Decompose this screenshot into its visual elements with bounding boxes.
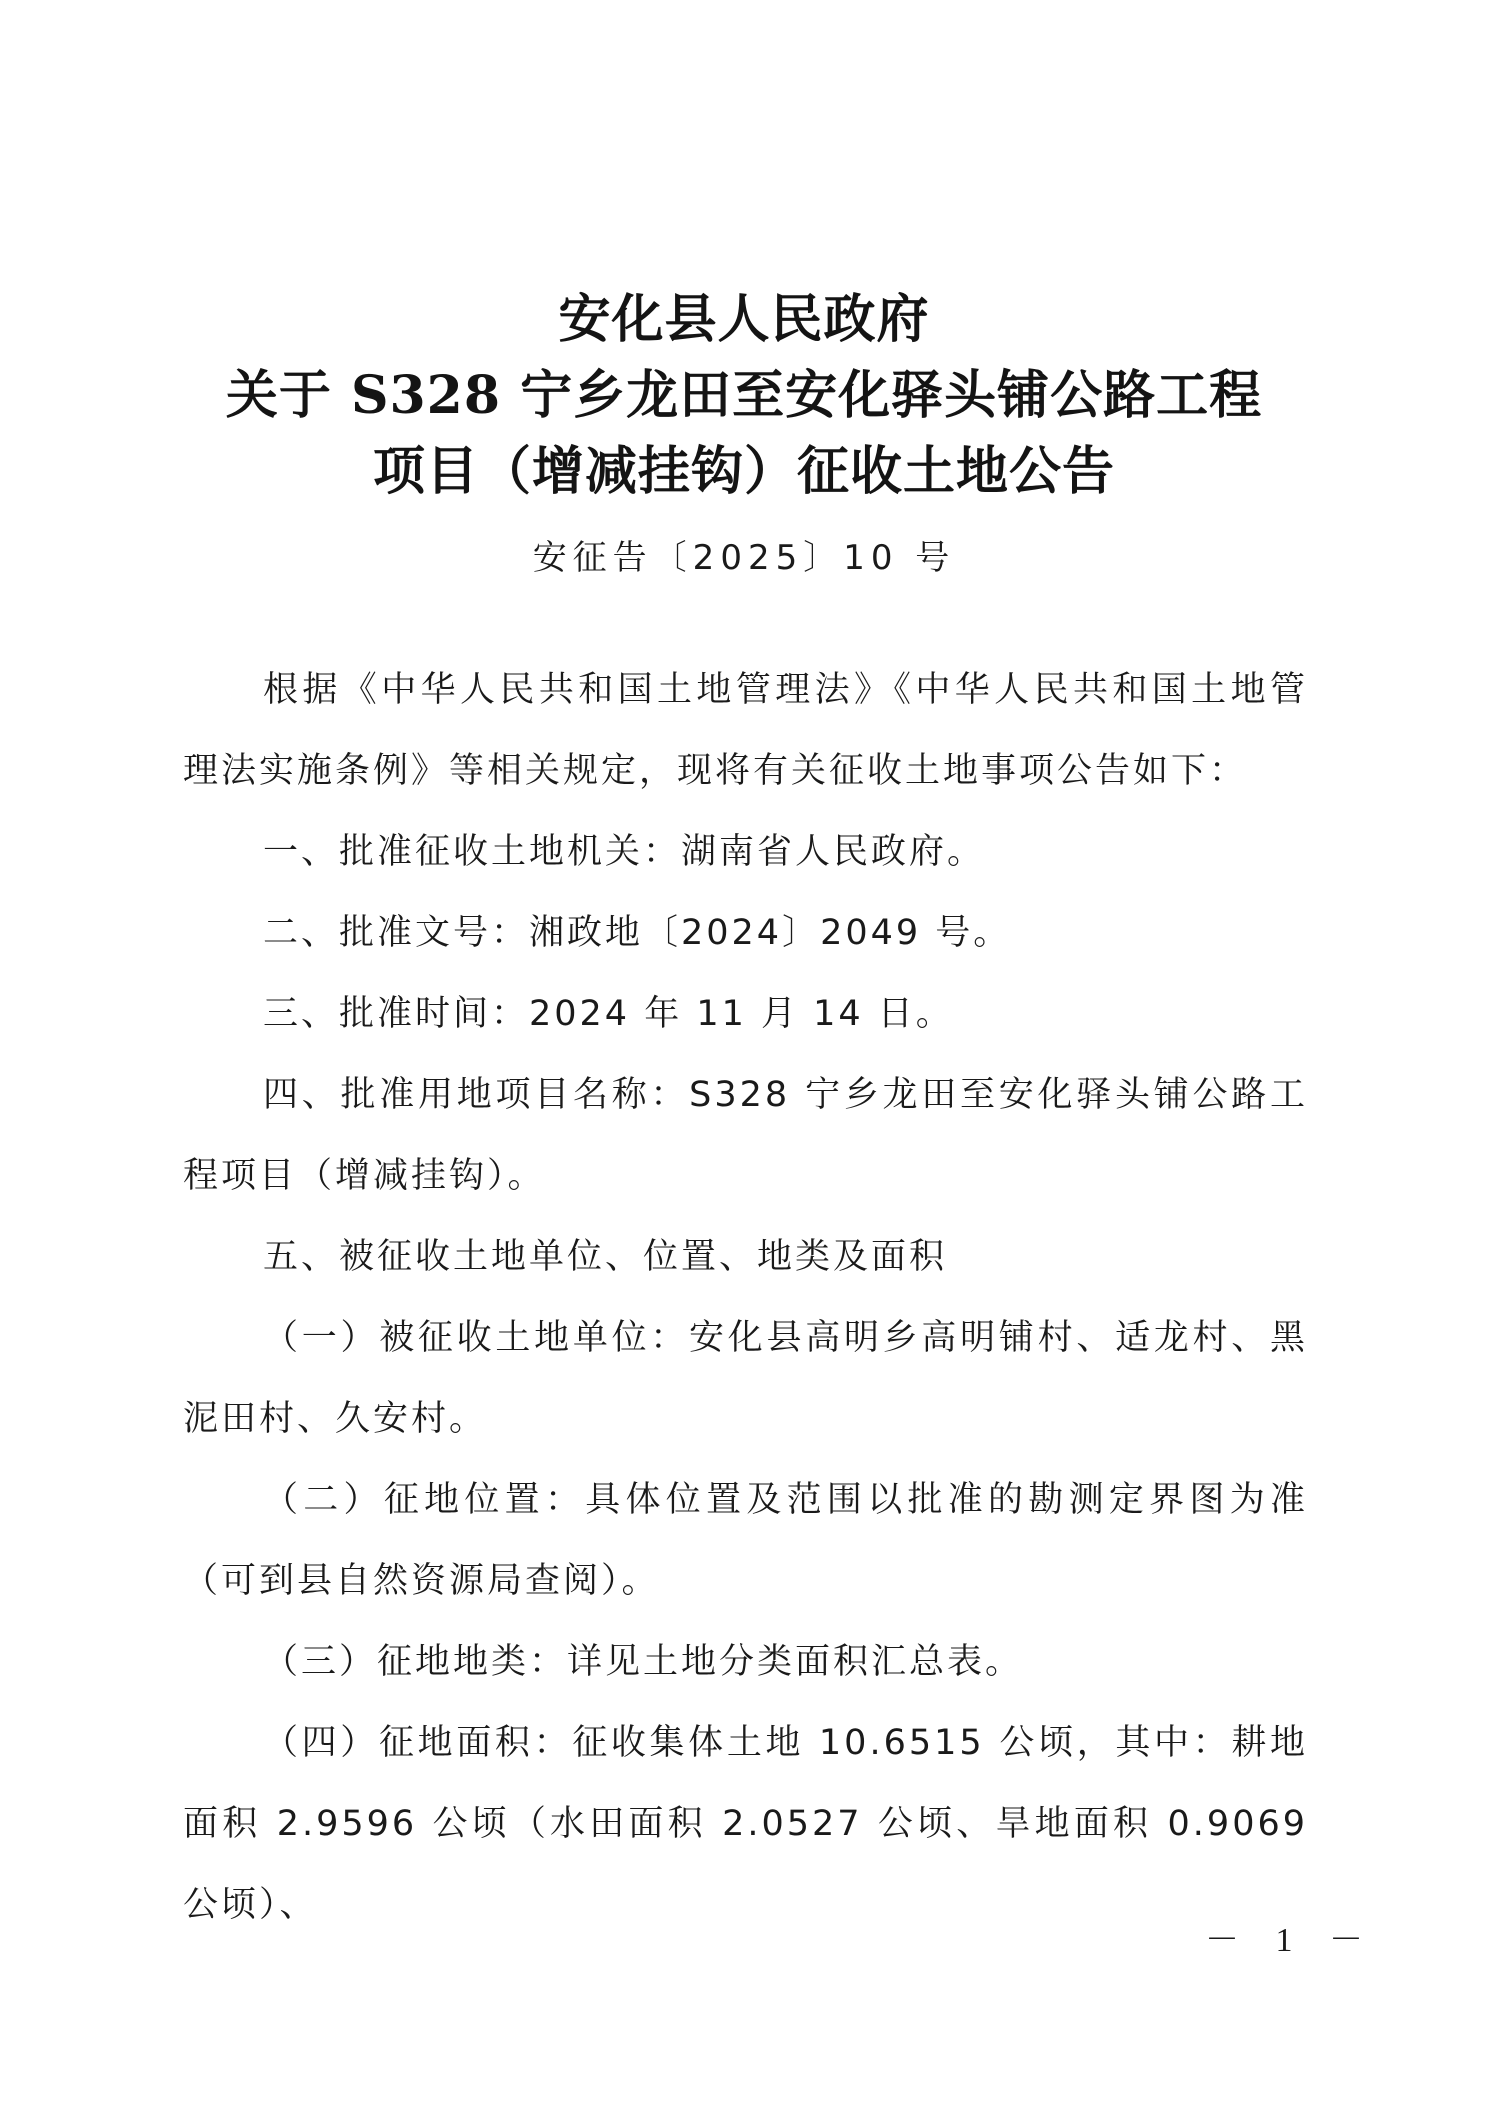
document-number: 安征告〔2025〕10 号 xyxy=(0,530,1488,579)
page-number: － 1 － xyxy=(1205,1912,1377,1961)
title-subject-line-2: 项目（增减挂钩）征收土地公告 xyxy=(0,434,1488,510)
title-subject-line-1: 关于 S328 宁乡龙田至安化驿头铺公路工程 xyxy=(0,358,1488,434)
item-approving-authority: 一、批准征收土地机关：湖南省人民政府。 xyxy=(183,812,1308,893)
subitem-expropriated-units: （一）被征收土地单位：安化县高明乡高明铺村、适龙村、黑泥田村、久安村。 xyxy=(183,1298,1308,1460)
section-land-details-heading: 五、被征收土地单位、位置、地类及面积 xyxy=(183,1217,1308,1298)
item-approval-number: 二、批准文号：湘政地〔2024〕2049 号。 xyxy=(183,893,1308,974)
subitem-location: （二）征地位置：具体位置及范围以批准的勘测定界图为准（可到县自然资源局查阅）。 xyxy=(183,1460,1308,1622)
subitem-land-type: （三）征地地类：详见土地分类面积汇总表。 xyxy=(183,1622,1308,1703)
document-body: 根据《中华人民共和国土地管理法》《中华人民共和国土地管理法实施条例》等相关规定，… xyxy=(183,650,1308,1946)
document-page: 安化县人民政府 关于 S328 宁乡龙田至安化驿头铺公路工程 项目（增减挂钩）征… xyxy=(0,0,1488,2104)
subitem-land-area: （四）征地面积：征收集体土地 10.6515 公顷，其中：耕地面积 2.9596… xyxy=(183,1703,1308,1946)
item-approval-date: 三、批准时间：2024 年 11 月 14 日。 xyxy=(183,974,1308,1055)
item-project-name: 四、批准用地项目名称：S328 宁乡龙田至安化驿头铺公路工程项目（增减挂钩）。 xyxy=(183,1055,1308,1217)
document-title: 安化县人民政府 关于 S328 宁乡龙田至安化驿头铺公路工程 项目（增减挂钩）征… xyxy=(0,282,1488,510)
intro-paragraph: 根据《中华人民共和国土地管理法》《中华人民共和国土地管理法实施条例》等相关规定，… xyxy=(183,650,1308,812)
title-issuer: 安化县人民政府 xyxy=(0,282,1488,358)
